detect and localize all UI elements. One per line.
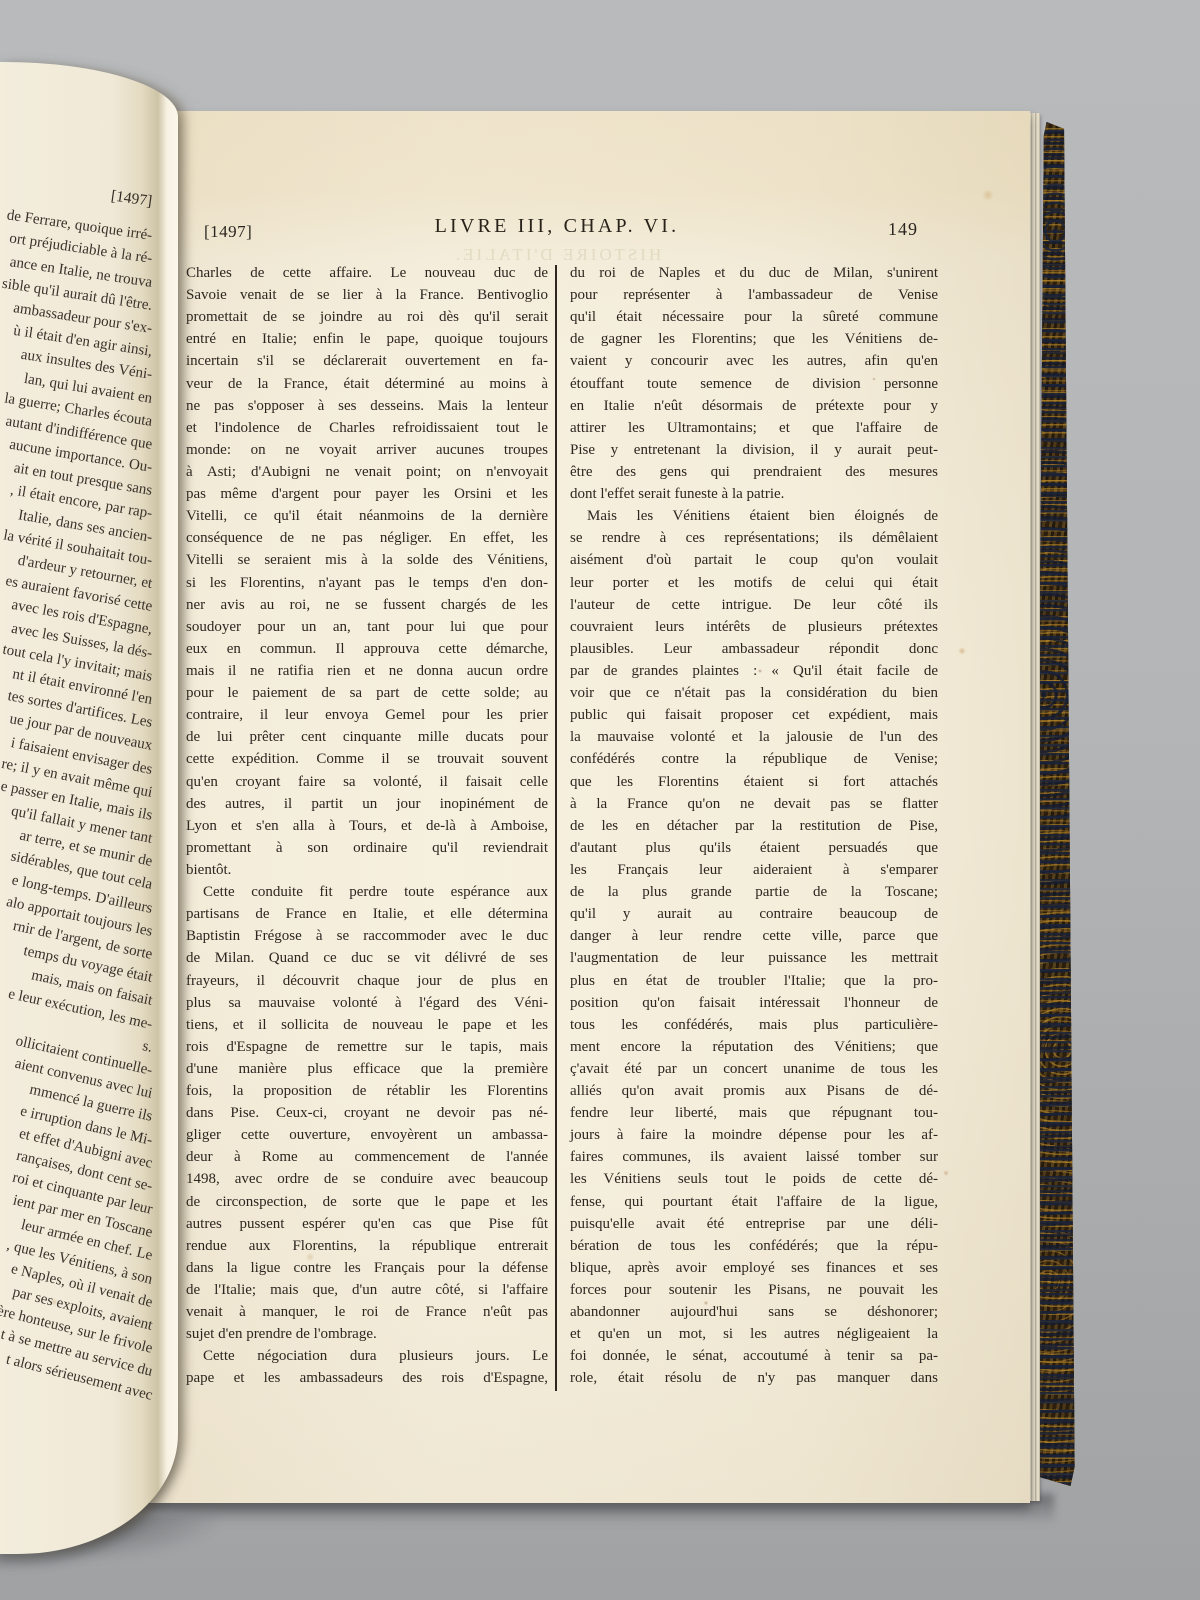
text-line: 1498, avec ordre de se conduire avec bea… <box>186 1168 548 1190</box>
text-line: rois d'Espagne de remettre sur le tapis,… <box>186 1036 548 1058</box>
book-page: [1497] LIVRE III, CHAP. VI. 149 HISTOIRE… <box>58 111 1030 1503</box>
text-line: soudoyer pour un an, tant pour lui que p… <box>186 616 548 638</box>
text-line: venait à manquer, le roi de France n'eût… <box>186 1301 548 1323</box>
text-line: promettant à son ordinaire qu'il reviend… <box>186 837 548 859</box>
text-line: faires communes, ils avaient laissé tomb… <box>570 1146 938 1168</box>
text-line: veur de la France, était déterminé au mo… <box>186 373 548 395</box>
text-line: dans Pise. Ceux-ci, croyant ne devoir pa… <box>186 1102 548 1124</box>
text-line: de l'Italie; mais que, d'un autre côté, … <box>186 1279 548 1301</box>
text-line: foi donnée, le sénat, accoutumé à tenir … <box>570 1345 938 1367</box>
text-line: Cette conduite fit perdre toute espéranc… <box>186 881 548 903</box>
text-line: la mauvaise volonté et la jalousie de l'… <box>570 726 938 748</box>
text-line: du roi de Naples et du duc de Milan, s'u… <box>570 262 938 284</box>
text-line: d'autant plus qu'ils étaient persuadés q… <box>570 837 938 859</box>
text-line: l'augmentation de leur puissance les met… <box>570 947 938 969</box>
text-line: et l'indolence de Charles refroidissaien… <box>186 417 548 439</box>
text-line: par de grandes plaintes : « Qu'il était … <box>570 660 938 682</box>
text-line: de circonspection, de sorte que le pape … <box>186 1191 548 1213</box>
text-line: aisément d'où partait le coup qu'on voul… <box>570 549 938 571</box>
text-line: incertain s'il se déclarerait ouvertemen… <box>186 350 548 372</box>
text-line: Savoie venait de se lier à la France. Be… <box>186 284 548 306</box>
text-line: se rendre à ces représentations; ils dém… <box>570 527 938 549</box>
text-line: couvraient leurs intérêts de plusieurs p… <box>570 616 938 638</box>
text-line: position qu'on faisait intéressait l'hon… <box>570 992 938 1014</box>
left-column: Charles de cette affaire. Le nouveau duc… <box>186 262 548 1390</box>
text-line: plausibles. Leur ambassadeur répondit do… <box>570 638 938 660</box>
text-line: ment encore la réputation des Vénitiens;… <box>570 1036 938 1058</box>
text-line: confédérés contre la république de Venis… <box>570 748 938 770</box>
text-line: blique, après avoir employé ses finances… <box>570 1257 938 1279</box>
text-line: cette expédition. Comme il se trouvait s… <box>186 748 548 770</box>
text-line: forces pour soutenir les Pisans, ne pouv… <box>570 1279 938 1301</box>
text-line: plus en état de troubler l'Italie; que l… <box>570 970 938 992</box>
text-line: alliés qu'on avait promis aux Pisans de … <box>570 1080 938 1102</box>
text-line: gliger cette ouverture, envoyèrent un am… <box>186 1124 548 1146</box>
text-line: si les Florentins, n'ayant pas le temps … <box>186 572 548 594</box>
text-line: Vitelli, ce qu'il était néanmoins de la … <box>186 505 548 527</box>
previous-page-curl: [1497]de Ferrare, quoique irré-ort préju… <box>0 62 178 1554</box>
text-line: pas même d'argent pour payer les Orsini … <box>186 483 548 505</box>
text-line: qu'il y aurait au contraire beaucoup de <box>570 903 938 925</box>
text-line: d'une manière plus efficace que la premi… <box>186 1058 548 1080</box>
text-line: Lyon et s'en alla à Tours, et de-là à Am… <box>186 815 548 837</box>
previous-page-text: [1497]de Ferrare, quoique irré-ort préju… <box>0 190 152 1408</box>
text-line: bientôt. <box>186 859 548 881</box>
text-line: à la France qu'on ne devait pas se flatt… <box>570 793 938 815</box>
text-line: voir que ce n'était pas la considération… <box>570 682 938 704</box>
text-line: à Asti; d'Aubigni ne venait point; on n'… <box>186 461 548 483</box>
text-line: promettait de se joindre au roi dès qu'i… <box>186 306 548 328</box>
right-column: du roi de Naples et du duc de Milan, s'u… <box>570 262 938 1390</box>
text-line: de Milan. Quand ce duc se vit délivré de… <box>186 947 548 969</box>
text-line: danger à leur rendre cette ville, parce … <box>570 925 938 947</box>
page-number: 149 <box>888 219 918 240</box>
text-line: fense, qui pourtant était l'affaire de l… <box>570 1191 938 1213</box>
page-header: [1497] LIVRE III, CHAP. VI. 149 HISTOIRE… <box>58 215 1030 255</box>
text-line: rendue aux Florentins, la république ent… <box>186 1235 548 1257</box>
text-line: en Italie n'eût désormais de prétexte po… <box>570 395 938 417</box>
text-line: attirer les Ultramontains; et que l'affa… <box>570 417 938 439</box>
text-line: les Vénitiens seuls tout le poids de cet… <box>570 1168 938 1190</box>
text-line: Pise y entretenant la division, il y aur… <box>570 439 938 461</box>
text-line: que les Florentins étaient si fort attac… <box>570 771 938 793</box>
column-divider-rule <box>555 265 557 1391</box>
text-line: pour le paiement de sa part de cette sol… <box>186 682 548 704</box>
text-line: monde: on ne voyait arriver aucunes trou… <box>186 439 548 461</box>
text-line: qu'en croyant faire sa volonté, il faisa… <box>186 771 548 793</box>
text-line: les Français leur aideraient à s'emparer <box>570 859 938 881</box>
text-line: deur à Rome au commencement de l'année <box>186 1146 548 1168</box>
text-line: ç'avait été par un concert unanime de to… <box>570 1058 938 1080</box>
text-line: [1497] <box>0 148 154 214</box>
text-line: des autres, il partit un jour inopinémen… <box>186 793 548 815</box>
text-line: de lui prêter cent cinquante mille ducat… <box>186 726 548 748</box>
text-line: qu'il était nécessaire pour la sûreté co… <box>570 306 938 328</box>
text-line: de la plus grande partie de la Toscane; <box>570 881 938 903</box>
text-line: tous les confédérés, mais plus particuli… <box>570 1014 938 1036</box>
text-line: jours à faire la moindre dépense pour le… <box>570 1124 938 1146</box>
text-line: pape et les ambassadeurs des rois d'Espa… <box>186 1367 548 1389</box>
text-line: contraire, il leur envoya Gemel pour les… <box>186 704 548 726</box>
text-line: role, était résolu de n'y pas manquer da… <box>570 1367 938 1389</box>
text-line: et qu'en un mot, si les autres négligeai… <box>570 1323 938 1345</box>
text-line: eux en commun. Il approuva cette démarch… <box>186 638 548 660</box>
text-line: frayeurs, il découvrit chaque jour de pl… <box>186 970 548 992</box>
text-line: Baptistin Frégose à se raccommoder avec … <box>186 925 548 947</box>
text-line: partisans de France en Italie, et elle d… <box>186 903 548 925</box>
text-line: l'auteur de cette intrigue. De leur côté… <box>570 594 938 616</box>
text-line: autres pussent espérer qu'en cas que Pis… <box>186 1213 548 1235</box>
photo-background: [1497] LIVRE III, CHAP. VI. 149 HISTOIRE… <box>0 0 1200 1600</box>
text-line: de les en détacher par la restitution de… <box>570 815 938 837</box>
text-line: Mais les Vénitiens étaient bien éloignés… <box>570 505 938 527</box>
text-line: entré en Italie; enfin le pape, quoique … <box>186 328 548 350</box>
text-line: Charles de cette affaire. Le nouveau duc… <box>186 262 548 284</box>
text-line: pour représenter à l'ambassadeur de Veni… <box>570 284 938 306</box>
text-line: public qui faisait proposer cet expédien… <box>570 704 938 726</box>
text-line: puisqu'elle avait été entreprise par une… <box>570 1213 938 1235</box>
text-line: dans la ligue contre les Français pour l… <box>186 1257 548 1279</box>
text-line: fendre leur liberté, mais que répugnant … <box>570 1102 938 1124</box>
text-line: plus sa mauvaise volonté à l'égard des V… <box>186 992 548 1014</box>
text-line: fois, la proposition de rétablir les Flo… <box>186 1080 548 1102</box>
text-line: étouffant toute semence de division pers… <box>570 373 938 395</box>
text-line: leur porter et les motifs de celui qui é… <box>570 572 938 594</box>
text-line: abandonner aujourd'hui sans se déshonore… <box>570 1301 938 1323</box>
text-line: tiens, et il sollicita de nouveau le pap… <box>186 1014 548 1036</box>
text-line: mais il ne ratifia rien et ne donna aucu… <box>186 660 548 682</box>
text-line: conséquence de ne pas négliger. En effet… <box>186 527 548 549</box>
text-line: vaient y concourir avec les autres, afin… <box>570 350 938 372</box>
text-line: bération de tous les confédérés; que la … <box>570 1235 938 1257</box>
text-line: dont l'effet serait funeste à la patrie. <box>570 483 938 505</box>
text-line: Vitelli se seraient mis à la solde des V… <box>186 549 548 571</box>
text-line: ne pas s'opposer à ses desseins. Mais la… <box>186 395 548 417</box>
text-line: de gagner les Florentins; que les Véniti… <box>570 328 938 350</box>
text-line: sujet d'en prendre de l'ombrage. <box>186 1323 548 1345</box>
text-line: ner avis au roi, ne se fussent chargés d… <box>186 594 548 616</box>
text-line: être des gens qui prendraient des mesure… <box>570 461 938 483</box>
text-line: Cette négociation dura plusieurs jours. … <box>186 1345 548 1367</box>
